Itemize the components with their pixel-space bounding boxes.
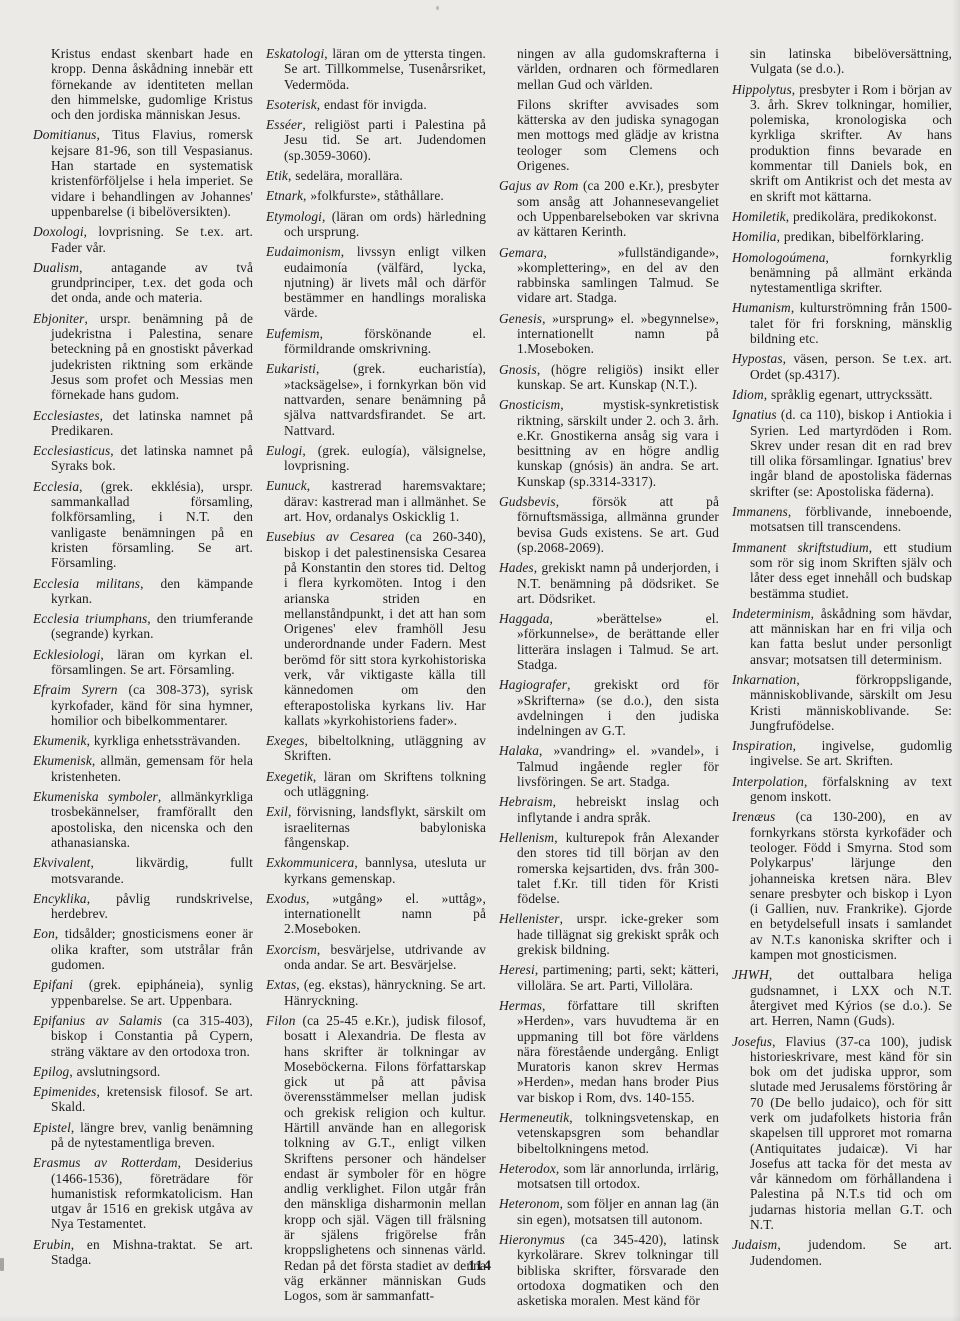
entry-heresi: Heresi, partimening; parti, sekt; kätter… bbox=[499, 962, 719, 993]
entry-haggada: Haggada, »berättelse» el. »förkunnelse»,… bbox=[499, 611, 719, 672]
columns: Kristus endast skenbart hade en kropp. D… bbox=[33, 46, 952, 1314]
entry-term: Idiom bbox=[732, 387, 764, 402]
entry-term: Interpolation bbox=[732, 774, 804, 789]
entry-epifanius-av-salamis: Epifanius av Salamis (ca 315-403), bisko… bbox=[33, 1013, 253, 1059]
entry-continuation: sin latinska bibelöversättning, Vulgata … bbox=[732, 46, 952, 77]
entry-term: Filon bbox=[266, 1013, 296, 1028]
entry-etik: Etik, sedelära, morallära. bbox=[266, 168, 486, 183]
entry-hippolytus: Hippolytus, presbyter i Rom i början av … bbox=[732, 82, 952, 204]
entry-josefus: Josefus, Flavius (37-ca 100), judisk his… bbox=[732, 1034, 952, 1233]
entry-exil: Exil, förvisning, landsflykt, särskilt o… bbox=[266, 804, 486, 850]
entry-hermeneutik: Hermeneutik, tolkningsvetenskap, en vete… bbox=[499, 1110, 719, 1156]
entry-gnosticism: Gnosticism, mystisk-synkretistisk riktni… bbox=[499, 397, 719, 489]
column-4: sin latinska bibelöversättning, Vulgata … bbox=[732, 46, 952, 1273]
entry-exkommunicera: Exkommunicera, bannlysa, utesluta ur kyr… bbox=[266, 855, 486, 886]
entry-hypostas: Hypostas, väsen, person. Se t.ex. art. O… bbox=[732, 351, 952, 382]
entry-term: Ekvivalent bbox=[33, 855, 91, 870]
entry-epistel: Epistel, längre brev, vanlig benämning p… bbox=[33, 1120, 253, 1151]
entry-term: Gajus av Rom bbox=[499, 178, 578, 193]
entry-term: Ecclesia militans bbox=[33, 576, 140, 591]
entry-gudsbevis: Gudsbevis, försök att på förnuftsmässiga… bbox=[499, 494, 719, 555]
entry-inkarnation: Inkarnation, förkroppsligande, människob… bbox=[732, 672, 952, 733]
entry-term: Ecclesiastes bbox=[33, 408, 100, 423]
entry-term: Gemara bbox=[499, 245, 544, 260]
entry-term: Epifanius av Salamis bbox=[33, 1013, 162, 1028]
entry-hagiografer: Hagiografer, grekiskt ord för »Skriftern… bbox=[499, 677, 719, 738]
entry-term: Hippolytus bbox=[732, 82, 792, 97]
entry-ess-er: Esséer, religiöst parti i Palestina på J… bbox=[266, 117, 486, 163]
entry-term: Erasmus av Rotterdam bbox=[33, 1155, 178, 1170]
entry-term: Encyklika bbox=[33, 891, 87, 906]
entry-homiletik: Homiletik, predikolära, predikokonst. bbox=[732, 209, 952, 224]
page-number: 114 bbox=[0, 1258, 960, 1275]
entry-eskatologi: Eskatologi, läran om de yttersta tingen.… bbox=[266, 46, 486, 92]
entry-term: Exkommunicera bbox=[266, 855, 354, 870]
entry-ecclesiasticus: Ecclesiasticus, det latinska namnet på S… bbox=[33, 443, 253, 474]
scan-artifact bbox=[0, 1258, 4, 1271]
entry-term: Epistel bbox=[33, 1120, 71, 1135]
entry-term: Indeterminism bbox=[732, 606, 811, 621]
entry-term: Hermeneutik bbox=[499, 1110, 569, 1125]
entry-exodus: Exodus, »utgång» el. »uttåg», internatio… bbox=[266, 891, 486, 937]
entry-term: Esséer bbox=[266, 117, 302, 132]
entry-term: Homilia bbox=[732, 229, 777, 244]
entry-term: JHWH bbox=[732, 967, 769, 982]
entry-eukaristi: Eukaristi, (grek. eucharistía), »tacksäg… bbox=[266, 361, 486, 437]
entry-hebraism: Hebraism, hebreiskt inslag och inflytand… bbox=[499, 794, 719, 825]
entry-term: Efraim Syrern bbox=[33, 682, 118, 697]
entry-term: Heterodox bbox=[499, 1161, 556, 1176]
entry-encyklika: Encyklika, påvlig rundskrivelse, herdebr… bbox=[33, 891, 253, 922]
entry-term: Heteronom bbox=[499, 1196, 560, 1211]
entry-term: Exil bbox=[266, 804, 288, 819]
entry-term: Hypostas bbox=[732, 351, 783, 366]
entry-term: Gudsbevis bbox=[499, 494, 556, 509]
entry-term: Eusebius av Cesarea bbox=[266, 529, 394, 544]
entry-term: Hellenister bbox=[499, 911, 560, 926]
entry-heterodox: Heterodox, som lär annorlunda, irrlärig,… bbox=[499, 1161, 719, 1192]
entry-ekvivalent: Ekvivalent, likvärdig, fullt motsvarande… bbox=[33, 855, 253, 886]
entry-exegetik: Exegetik, läran om Skriftens tolkning oc… bbox=[266, 769, 486, 800]
entry-term: Hieronymus bbox=[499, 1232, 565, 1247]
entry-exeges: Exeges, bibeltolkning, utläggning av Skr… bbox=[266, 733, 486, 764]
entry-term: Exodus bbox=[266, 891, 306, 906]
entry-term: Epimenides bbox=[33, 1084, 96, 1099]
entry-term: Etnark bbox=[266, 188, 303, 203]
entry-exorcism: Exorcism, besvärjelse, utdrivande av ond… bbox=[266, 942, 486, 973]
entry-term: Genesis bbox=[499, 311, 542, 326]
entry-term: Humanism bbox=[732, 300, 791, 315]
entry-term: Ecklesiologi bbox=[33, 647, 100, 662]
entry-ecklesiologi: Ecklesiologi, läran om kyrkan el. försam… bbox=[33, 647, 253, 678]
entry-term: Immanens bbox=[732, 504, 788, 519]
scan-artifact bbox=[436, 6, 439, 10]
entry-eon: Eon, tidsålder; gnosticismens eoner är o… bbox=[33, 926, 253, 972]
column-2: Eskatologi, läran om de yttersta tingen.… bbox=[266, 46, 486, 1309]
entry-term: Epifani bbox=[33, 977, 73, 992]
entry-efraim-syrern: Efraim Syrern (ca 308-373), syrisk kyrko… bbox=[33, 682, 253, 728]
entry-eusebius-av-cesarea: Eusebius av Cesarea (ca 260-340), biskop… bbox=[266, 529, 486, 728]
scan-edge-shadow-bottom bbox=[0, 1315, 960, 1321]
entry-term: Ekumeniska symboler bbox=[33, 789, 158, 804]
entry-term: Erubin bbox=[33, 1237, 71, 1252]
entry-hellenism: Hellenism, kulturepok från Alexander den… bbox=[499, 830, 719, 906]
entry-term: Ignatius bbox=[732, 407, 777, 422]
entry-term: Epilog bbox=[33, 1064, 69, 1079]
entry-doxologi: Doxologi, lovprisning. Se t.ex. art. Fad… bbox=[33, 224, 253, 255]
entry-term: Hellenism bbox=[499, 830, 554, 845]
entry-term: Hebraism bbox=[499, 794, 553, 809]
entry-heteronom: Heteronom, som följer en annan lag (än s… bbox=[499, 1196, 719, 1227]
entry-continuation: ningen av alla gudomskrafterna i världen… bbox=[499, 46, 719, 92]
column-1: Kristus endast skenbart hade en kropp. D… bbox=[33, 46, 253, 1272]
entry-gnosis: Gnosis, (högre religiös) insikt eller ku… bbox=[499, 362, 719, 393]
entry-term: Homiletik bbox=[732, 209, 786, 224]
entry-term: Eon bbox=[33, 926, 55, 941]
entry-term: Immanent skriftstudium bbox=[732, 540, 869, 555]
entry-erasmus-av-rotterdam: Erasmus av Rotterdam, Desiderius (1466-1… bbox=[33, 1155, 253, 1231]
entry-term: Judaism bbox=[732, 1237, 777, 1252]
entry-idiom: Idiom, språklig egenart, uttryckssätt. bbox=[732, 387, 952, 402]
entry-term: Doxologi bbox=[33, 224, 84, 239]
column-3: ningen av alla gudomskrafterna i världen… bbox=[499, 46, 719, 1314]
entry-gajus-av-rom: Gajus av Rom (ca 200 e.Kr.), presbyter s… bbox=[499, 178, 719, 239]
entry-interpolation: Interpolation, förfalskning av text geno… bbox=[732, 774, 952, 805]
entry-eulogi: Eulogi, (grek. eulogía), välsignelse, lo… bbox=[266, 443, 486, 474]
entry-term: Eukaristi bbox=[266, 361, 316, 376]
entry-continuation: Filons skrifter avvisades som kätterska … bbox=[499, 97, 719, 173]
entry-ecclesia-triumphans: Ecclesia triumphans, den triumferande (s… bbox=[33, 611, 253, 642]
entry-term: Etymologi bbox=[266, 209, 322, 224]
entry-term: Hades bbox=[499, 560, 534, 575]
entry-term: Gnosis bbox=[499, 362, 537, 377]
entry-term: Esoterisk bbox=[266, 97, 317, 112]
entry-esoterisk: Esoterisk, endast för invigda. bbox=[266, 97, 486, 112]
entry-term: Eunuck bbox=[266, 478, 307, 493]
entry-ecclesia: Ecclesia, (grek. ekklésia), urspr. samma… bbox=[33, 479, 253, 571]
entry-term: Irenæus bbox=[732, 809, 775, 824]
entry-term: Josefus bbox=[732, 1034, 772, 1049]
entry-iren-us: Irenæus (ca 130-200), en av fornkyrkans … bbox=[732, 809, 952, 962]
entry-term: Halaka bbox=[499, 743, 539, 758]
entry-genesis: Genesis, »ursprung» el. »begynnelse», in… bbox=[499, 311, 719, 357]
entry-gemara: Gemara, »fullständigande», »kompletterin… bbox=[499, 245, 719, 306]
entry-term: Domitianus bbox=[33, 127, 97, 142]
entry-inspiration: Inspiration, ingivelse, gudomlig ingivel… bbox=[732, 738, 952, 769]
entry-term: Eskatologi bbox=[266, 46, 324, 61]
entry-term: Etik bbox=[266, 168, 288, 183]
entry-hellenister: Hellenister, urspr. icke-greker som hade… bbox=[499, 911, 719, 957]
entry-term: Ekumenisk bbox=[33, 753, 92, 768]
entry-dualism: Dualism, antagande av två grundprinciper… bbox=[33, 260, 253, 306]
entry-indeterminism: Indeterminism, åskådning som hävdar, att… bbox=[732, 606, 952, 667]
entry-ecclesia-militans: Ecclesia militans, den kämpande kyrkan. bbox=[33, 576, 253, 607]
entry-immanent-skriftstudium: Immanent skriftstudium, ett studium som … bbox=[732, 540, 952, 601]
entry-homologo-mena: Homologoúmena, fornkyrklig benämning på … bbox=[732, 250, 952, 296]
entry-etnark: Etnark, »folkfurste», ståthållare. bbox=[266, 188, 486, 203]
entry-jhwh: JHWH, det outtalbara heliga gudsnamnet, … bbox=[732, 967, 952, 1028]
entry-epimenides: Epimenides, kretensisk filosof. Se art. … bbox=[33, 1084, 253, 1115]
entry-term: Eufemism bbox=[266, 326, 320, 341]
entry-term: Exeges bbox=[266, 733, 305, 748]
entry-ekumenisk: Ekumenisk, allmän, gemensam för hela kri… bbox=[33, 753, 253, 784]
entry-term: Ecclesiasticus bbox=[33, 443, 110, 458]
entry-epilog: Epilog, avslutningsord. bbox=[33, 1064, 253, 1079]
entry-term: Eudaimonism bbox=[266, 244, 341, 259]
entry-term: Hagiografer bbox=[499, 677, 567, 692]
entry-term: Extas bbox=[266, 977, 296, 992]
entry-ignatius: Ignatius (d. ca 110), biskop i Antiokia … bbox=[732, 407, 952, 499]
entry-term: Ecclesia bbox=[33, 479, 79, 494]
entry-eufemism: Eufemism, förskönande el. förmildrande o… bbox=[266, 326, 486, 357]
entry-term: Inspiration bbox=[732, 738, 793, 753]
entry-immanens: Immanens, förblivande, inneboende, motsa… bbox=[732, 504, 952, 535]
entry-term: Homologoúmena bbox=[732, 250, 826, 265]
entry-term: Gnosticism bbox=[499, 397, 560, 412]
entry-hades: Hades, grekiskt namn på underjorden, i N… bbox=[499, 560, 719, 606]
entry-term: Exegetik bbox=[266, 769, 313, 784]
scan-edge-shadow-right bbox=[952, 0, 960, 1321]
entry-eunuck: Eunuck, kastrerad haremsvaktare; därav: … bbox=[266, 478, 486, 524]
entry-term: Ekumenik bbox=[33, 733, 87, 748]
entry-hermas: Hermas, författare till skriften »Herden… bbox=[499, 998, 719, 1105]
entry-continuation: Kristus endast skenbart hade en kropp. D… bbox=[33, 46, 253, 122]
entry-ekumenik: Ekumenik, kyrkliga enhetssträvanden. bbox=[33, 733, 253, 748]
entry-ekumeniska-symboler: Ekumeniska symboler, allmänkyrkliga tros… bbox=[33, 789, 253, 850]
entry-term: Hermas bbox=[499, 998, 542, 1013]
entry-term: Haggada bbox=[499, 611, 550, 626]
entry-etymologi: Etymologi, (läran om ords) härledning oc… bbox=[266, 209, 486, 240]
entry-epifani: Epifani (grek. epipháneia), synlig yppen… bbox=[33, 977, 253, 1008]
entry-term: Inkarnation bbox=[732, 672, 796, 687]
entry-ebjoniter: Ebjoniter, urspr. benämning på de judekr… bbox=[33, 311, 253, 403]
entry-extas: Extas, (eg. ekstas), hänryckning. Se art… bbox=[266, 977, 486, 1008]
entry-term: Exorcism bbox=[266, 942, 317, 957]
entry-term: Dualism bbox=[33, 260, 79, 275]
entry-term: Heresi bbox=[499, 962, 535, 977]
entry-term: Ecclesia triumphans bbox=[33, 611, 147, 626]
dictionary-page: Kristus endast skenbart hade en kropp. D… bbox=[0, 0, 960, 1321]
entry-term: Ebjoniter bbox=[33, 311, 84, 326]
entry-term: Eulogi bbox=[266, 443, 302, 458]
entry-ecclesiastes: Ecclesiastes, det latinska namnet på Pre… bbox=[33, 408, 253, 439]
entry-humanism: Humanism, kulturströmning från 1500-tale… bbox=[732, 300, 952, 346]
entry-halaka: Halaka, »vandring» el. »vandel», i Talmu… bbox=[499, 743, 719, 789]
entry-homilia: Homilia, predikan, bibelförklaring. bbox=[732, 229, 952, 244]
entry-domitianus: Domitianus, Titus Flavius, romersk kejsa… bbox=[33, 127, 253, 219]
entry-eudaimonism: Eudaimonism, livssyn enligt vilken eudai… bbox=[266, 244, 486, 320]
